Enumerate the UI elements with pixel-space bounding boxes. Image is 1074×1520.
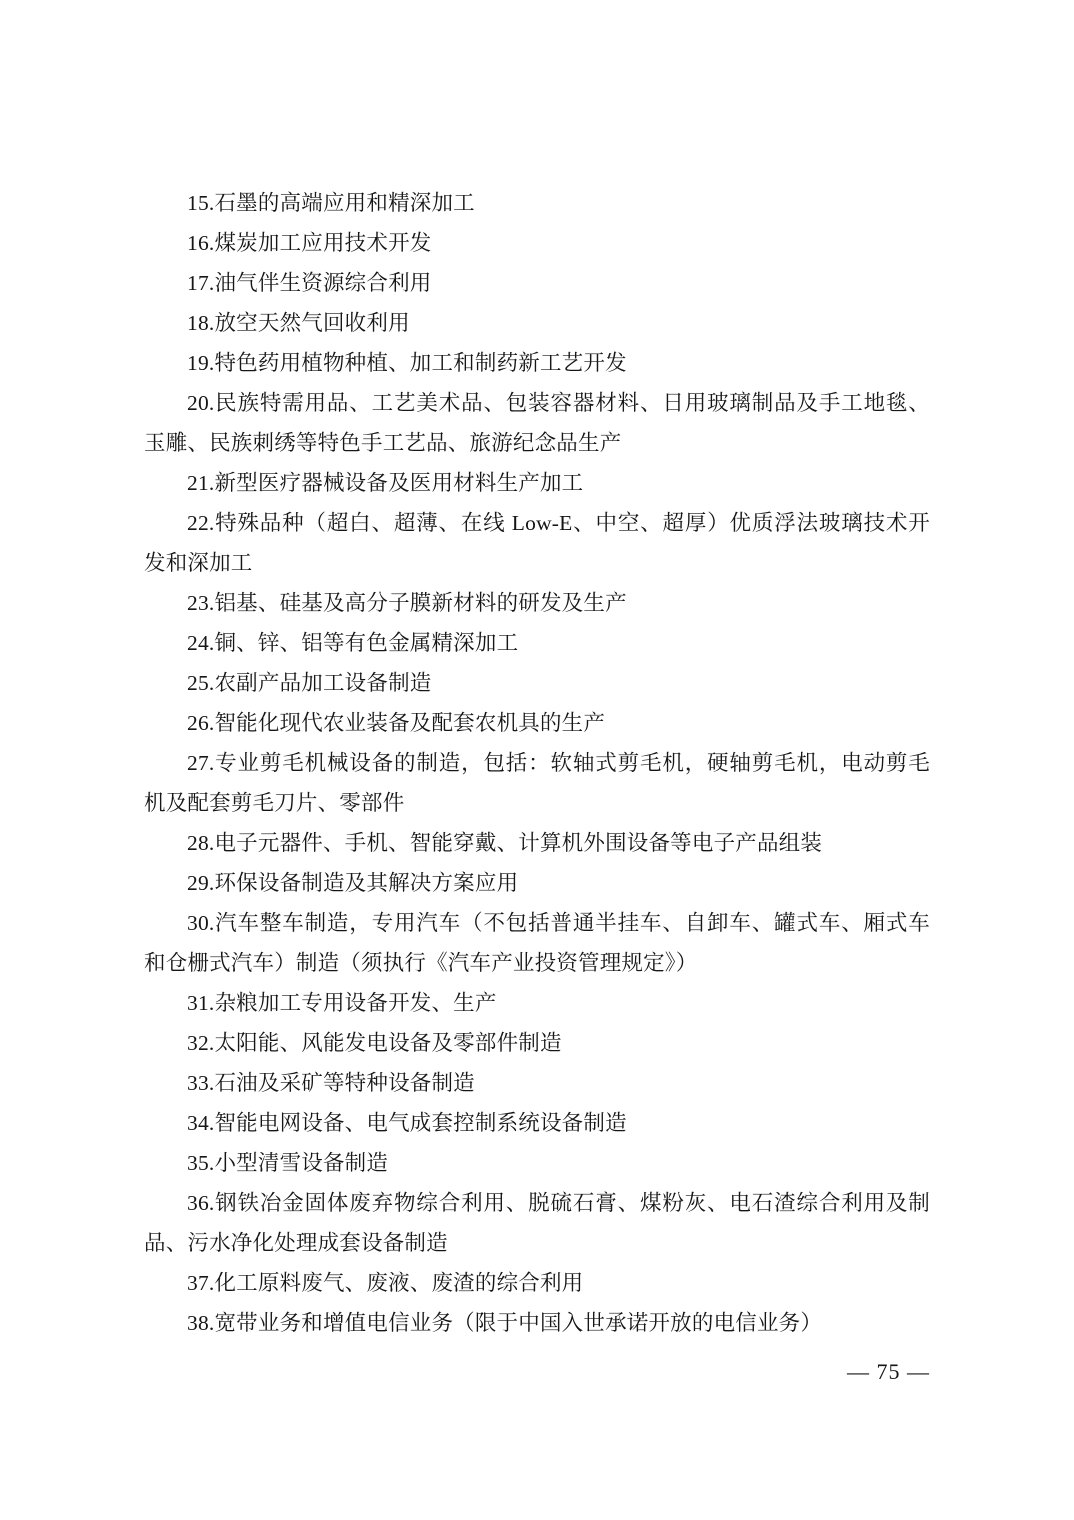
- list-item-18: 18.放空天然气回收利用: [144, 303, 930, 343]
- list-item-30: 30.汽车整车制造，专用汽车（不包括普通半挂车、自卸车、罐式车、厢式车和仓栅式汽…: [144, 903, 930, 983]
- page-number: — 75 —: [847, 1357, 930, 1387]
- list-item-36: 36.钢铁冶金固体废弃物综合利用、脱硫石膏、煤粉灰、电石渣综合利用及制品、污水净…: [144, 1183, 930, 1263]
- list-item-19: 19.特色药用植物种植、加工和制药新工艺开发: [144, 343, 930, 383]
- list-item-20: 20.民族特需用品、工艺美术品、包装容器材料、日用玻璃制品及手工地毯、玉雕、民族…: [144, 383, 930, 463]
- list-item-22: 22.特殊品种（超白、超薄、在线 Low-E、中空、超厚）优质浮法玻璃技术开发和…: [144, 503, 930, 583]
- list-item-21: 21.新型医疗器械设备及医用材料生产加工: [144, 463, 930, 503]
- list-item-35: 35.小型清雪设备制造: [144, 1143, 930, 1183]
- list-item-34: 34.智能电网设备、电气成套控制系统设备制造: [144, 1103, 930, 1143]
- list-item-25: 25.农副产品加工设备制造: [144, 663, 930, 703]
- list-body: 15.石墨的高端应用和精深加工 16.煤炭加工应用技术开发 17.油气伴生资源综…: [144, 183, 930, 1343]
- list-item-16: 16.煤炭加工应用技术开发: [144, 223, 930, 263]
- list-item-17: 17.油气伴生资源综合利用: [144, 263, 930, 303]
- list-item-38: 38.宽带业务和增值电信业务（限于中国入世承诺开放的电信业务）: [144, 1303, 930, 1343]
- list-item-31: 31.杂粮加工专用设备开发、生产: [144, 983, 930, 1023]
- list-item-23: 23.铝基、硅基及高分子膜新材料的研发及生产: [144, 583, 930, 623]
- document-page: 15.石墨的高端应用和精深加工 16.煤炭加工应用技术开发 17.油气伴生资源综…: [0, 0, 1074, 1520]
- list-item-15: 15.石墨的高端应用和精深加工: [144, 183, 930, 223]
- list-item-33: 33.石油及采矿等特种设备制造: [144, 1063, 930, 1103]
- list-item-37: 37.化工原料废气、废液、废渣的综合利用: [144, 1263, 930, 1303]
- list-item-27: 27.专业剪毛机械设备的制造，包括：软轴式剪毛机，硬轴剪毛机，电动剪毛机及配套剪…: [144, 743, 930, 823]
- list-item-28: 28.电子元器件、手机、智能穿戴、计算机外围设备等电子产品组装: [144, 823, 930, 863]
- list-item-32: 32.太阳能、风能发电设备及零部件制造: [144, 1023, 930, 1063]
- list-item-29: 29.环保设备制造及其解决方案应用: [144, 863, 930, 903]
- list-item-24: 24.铜、锌、铝等有色金属精深加工: [144, 623, 930, 663]
- list-item-26: 26.智能化现代农业装备及配套农机具的生产: [144, 703, 930, 743]
